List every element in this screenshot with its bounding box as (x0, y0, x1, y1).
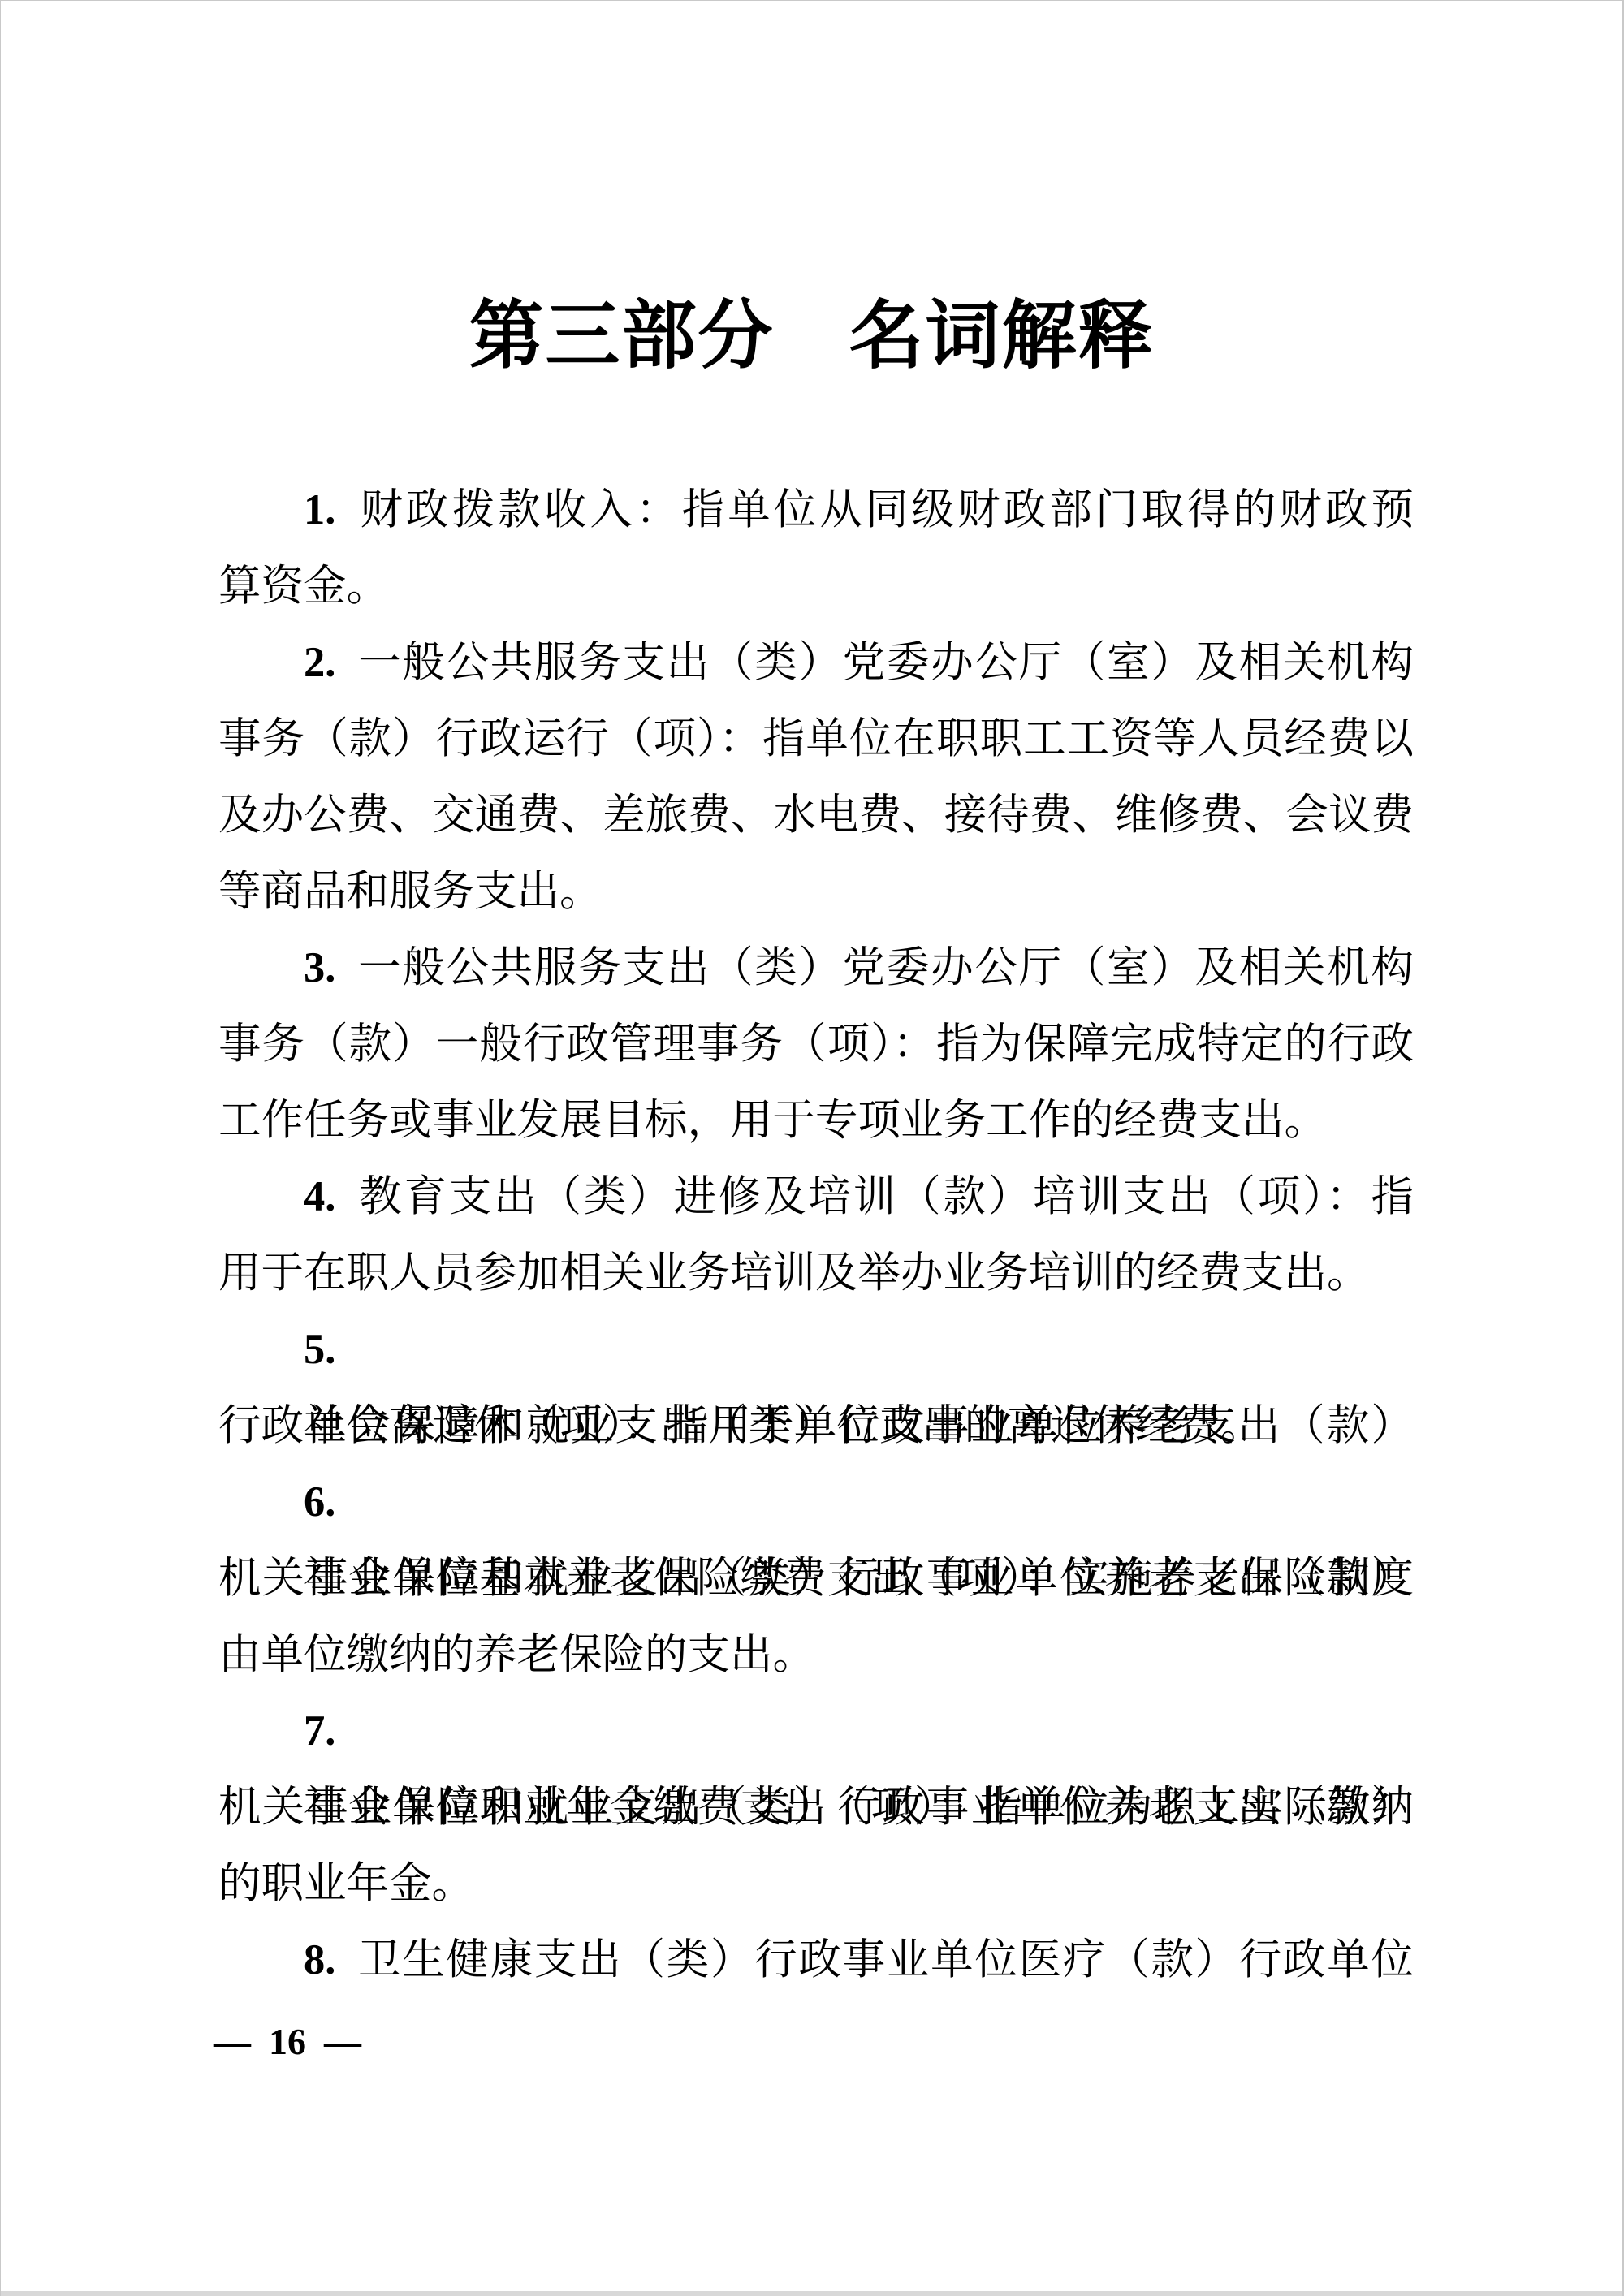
item-number: 8. (304, 1936, 335, 1983)
text-line: 机关事业单位职业年金缴费支出（项）：指单位为职工实际缴纳 (218, 1769, 1414, 1845)
text-line: 8.卫生健康支出（类）行政事业单位医疗（款）行政单位 (218, 1922, 1414, 1998)
definition-item-3: 3.一般公共服务支出（类）党委办公厅（室）及相关机构事务（款）一般行政管理事务（… (218, 930, 1414, 1159)
item-number: 2. (304, 639, 335, 686)
footer-left-dash: — (214, 2021, 251, 2062)
text-line: 用于在职人员参加相关业务培训及举办业务培训的经费支出。 (218, 1235, 1414, 1311)
item-number: 1. (304, 486, 335, 533)
definition-item-6: 6.社会保障和就业支出（类）行政事业单位养老支出（款）机关事业单位基本养老保险缴… (218, 1464, 1414, 1693)
text-line: 行政单位离退休（项）：指用于单位支出的离退休经费。 (218, 1388, 1414, 1464)
text-line: 及办公费、交通费、差旅费、水电费、接待费、维修费、会议费 (218, 777, 1414, 853)
item-number: 7. (304, 1707, 335, 1754)
footer-right-dash: — (324, 2021, 361, 2062)
text-line: 事务（款）行政运行（项）：指单位在职职工工资等人员经费以 (218, 701, 1414, 777)
definition-item-8: 8.卫生健康支出（类）行政事业单位医疗（款）行政单位 (218, 1922, 1414, 1998)
definition-item-7: 7.社会保障和就业支出（类）行政事业单位养老支出（款）机关事业单位职业年金缴费支… (218, 1693, 1414, 1922)
item-number: 4. (304, 1173, 335, 1220)
page-number: 16 (269, 2021, 306, 2062)
definition-item-1: 1.财政拨款收入：指单位从同级财政部门取得的财政预算资金。 (218, 472, 1414, 624)
text-line: 事务（款）一般行政管理事务（项）：指为保障完成特定的行政 (218, 1006, 1414, 1082)
item-number: 6. (304, 1478, 335, 1526)
text-line: 1.财政拨款收入：指单位从同级财政部门取得的财政预 (218, 472, 1414, 548)
text-line: 6.社会保障和就业支出（类）行政事业单位养老支出（款） (218, 1464, 1414, 1540)
item-number: 3. (304, 944, 335, 991)
text-line: 5.社会保障和就业支出（类）行政事业单位养老支出（款） (218, 1311, 1414, 1388)
section-title-right: 名词解释 (849, 295, 1155, 378)
page-footer: —16— (214, 2016, 361, 2068)
text-line: 的职业年金。 (218, 1845, 1414, 1922)
section-title: 第三部分名词解释 (1, 283, 1622, 389)
definition-item-2: 2.一般公共服务支出（类）党委办公厅（室）及相关机构事务（款）行政运行（项）：指… (218, 624, 1414, 930)
text-line: 2.一般公共服务支出（类）党委办公厅（室）及相关机构 (218, 624, 1414, 701)
text-line: 3.一般公共服务支出（类）党委办公厅（室）及相关机构 (218, 930, 1414, 1006)
screenshot-bottom-edge (1, 2291, 1622, 2296)
definition-item-5: 5.社会保障和就业支出（类）行政事业单位养老支出（款）行政单位离退休（项）：指用… (218, 1311, 1414, 1464)
text-line: 机关事业单位基本养老保险缴费支出（项）：实施养老保险制度 (218, 1540, 1414, 1616)
text-line: 4.教育支出（类）进修及培训（款）培训支出（项）：指 (218, 1159, 1414, 1235)
text-line: 工作任务或事业发展目标，用于专项业务工作的经费支出。 (218, 1082, 1414, 1159)
document-page: 第三部分名词解释 1.财政拨款收入：指单位从同级财政部门取得的财政预算资金。2.… (0, 0, 1624, 2296)
definition-item-4: 4.教育支出（类）进修及培训（款）培训支出（项）：指用于在职人员参加相关业务培训… (218, 1159, 1414, 1311)
document-body: 1.财政拨款收入：指单位从同级财政部门取得的财政预算资金。2.一般公共服务支出（… (218, 472, 1414, 1998)
text-line: 算资金。 (218, 548, 1414, 624)
text-line: 由单位缴纳的养老保险的支出。 (218, 1616, 1414, 1693)
text-line: 等商品和服务支出。 (218, 853, 1414, 930)
item-number: 5. (304, 1326, 335, 1373)
section-title-left: 第三部分 (469, 295, 774, 378)
text-line: 7.社会保障和就业支出（类）行政事业单位养老支出（款） (218, 1693, 1414, 1769)
